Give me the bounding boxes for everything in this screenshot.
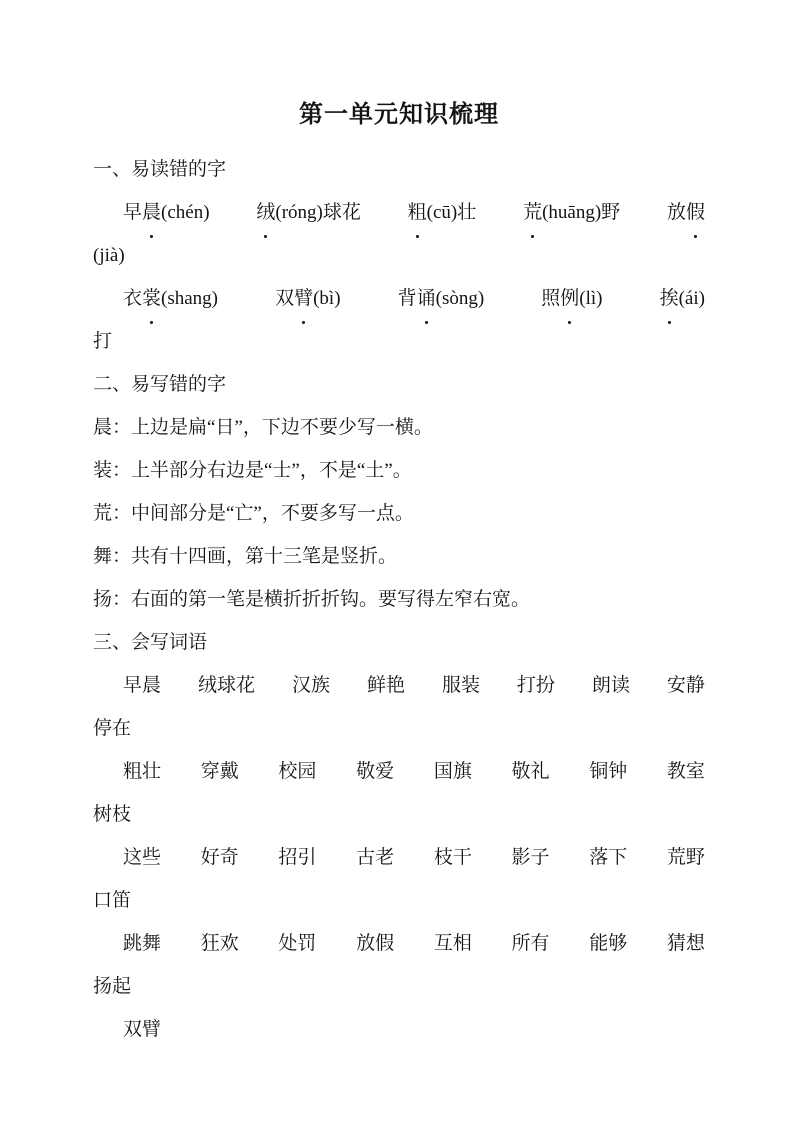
emphasis-dot-char: 假 [686, 191, 705, 234]
word: 狂欢 [201, 922, 239, 965]
word: 汉族 [292, 664, 330, 707]
word: 早晨 [123, 664, 161, 707]
emphasis-dot-char: 例 [560, 277, 579, 320]
emphasis-dot-char: 粗 [408, 191, 427, 234]
word: 能够 [589, 922, 627, 965]
word: 穿戴 [201, 750, 239, 793]
word: 跳舞 [123, 922, 161, 965]
word: 放假 [667, 191, 705, 234]
word: 绒(róng)球花 [256, 191, 361, 234]
word-row: 早晨绒球花汉族鲜艳服装打扮朗读安静 [93, 664, 705, 707]
text-line: 口笛 [93, 879, 705, 922]
word: 校园 [278, 750, 316, 793]
word: 所有 [512, 922, 550, 965]
word: 鲜艳 [367, 664, 405, 707]
word: 猜想 [667, 922, 705, 965]
word: 处罚 [278, 922, 316, 965]
text-line: 装：上半部分右边是“士”，不是“土”。 [93, 449, 705, 492]
word: 放假 [356, 922, 394, 965]
word: 服装 [442, 664, 480, 707]
word: 衣裳(shang) [123, 277, 218, 320]
word: 古老 [356, 836, 394, 879]
text-line: (jià) [93, 234, 705, 277]
text-line: 树枝 [93, 793, 705, 836]
section-heading: 二、易写错的字 [93, 363, 705, 406]
word: 照例(lì) [541, 277, 602, 320]
emphasis-dot-char: 晨 [142, 191, 161, 234]
word: 安静 [667, 664, 705, 707]
word: 双臂(bì) [275, 277, 340, 320]
emphasis-dot-char: 荒 [523, 191, 542, 234]
word: 朗读 [592, 664, 630, 707]
emphasis-dot-char: 裳 [142, 277, 161, 320]
emphasis-dot-char: 诵 [417, 277, 436, 320]
word: 荒野 [667, 836, 705, 879]
word: 铜钟 [589, 750, 627, 793]
word-row: 双臂 [93, 1008, 705, 1051]
section-heading: 一、易读错的字 [93, 148, 705, 191]
word-row: 早晨(chén)绒(róng)球花粗(cū)壮荒(huāng)野放假 [93, 191, 705, 234]
word: 枝干 [434, 836, 472, 879]
word: 粗(cū)壮 [408, 191, 477, 234]
word: 互相 [434, 922, 472, 965]
word: 招引 [278, 836, 316, 879]
word: 粗壮 [123, 750, 161, 793]
word: 敬礼 [512, 750, 550, 793]
word: 这些 [123, 836, 161, 879]
text-line: 晨：上边是扁“日”，下边不要少写一横。 [93, 406, 705, 449]
word: 敬爱 [356, 750, 394, 793]
word: 打扮 [517, 664, 555, 707]
word: 背诵(sòng) [398, 277, 485, 320]
word: 教室 [667, 750, 705, 793]
word: 落下 [589, 836, 627, 879]
word: 挨(ái) [660, 277, 705, 320]
section-heading: 三、会写词语 [93, 621, 705, 664]
document-body: 一、易读错的字早晨(chén)绒(róng)球花粗(cū)壮荒(huāng)野放… [93, 148, 705, 1051]
word-row: 衣裳(shang)双臂(bì)背诵(sòng)照例(lì)挨(ái) [93, 277, 705, 320]
document-page: 第一单元知识梳理 一、易读错的字早晨(chén)绒(róng)球花粗(cū)壮荒… [0, 0, 793, 1122]
word: 早晨(chén) [123, 191, 210, 234]
word: 影子 [512, 836, 550, 879]
emphasis-dot-char: 臂 [294, 277, 313, 320]
page-title: 第一单元知识梳理 [93, 92, 705, 138]
emphasis-dot-char: 绒 [256, 191, 275, 234]
word-row: 跳舞狂欢处罚放假互相所有能够猜想 [93, 922, 705, 965]
word: 好奇 [201, 836, 239, 879]
text-line: 停在 [93, 707, 705, 750]
text-line: 荒：中间部分是“亡”，不要多写一点。 [93, 492, 705, 535]
text-line: 打 [93, 320, 705, 363]
word: 国旗 [434, 750, 472, 793]
word-row: 粗壮穿戴校园敬爱国旗敬礼铜钟教室 [93, 750, 705, 793]
word: 绒球花 [198, 664, 255, 707]
text-line: 舞：共有十四画，第十三笔是竖折。 [93, 535, 705, 578]
emphasis-dot-char: 挨 [660, 277, 679, 320]
text-line: 扬：右面的第一笔是横折折折钩。要写得左窄右宽。 [93, 578, 705, 621]
word: 双臂 [123, 1008, 161, 1051]
word-row: 这些好奇招引古老枝干影子落下荒野 [93, 836, 705, 879]
text-line: 扬起 [93, 965, 705, 1008]
word: 荒(huāng)野 [523, 191, 620, 234]
